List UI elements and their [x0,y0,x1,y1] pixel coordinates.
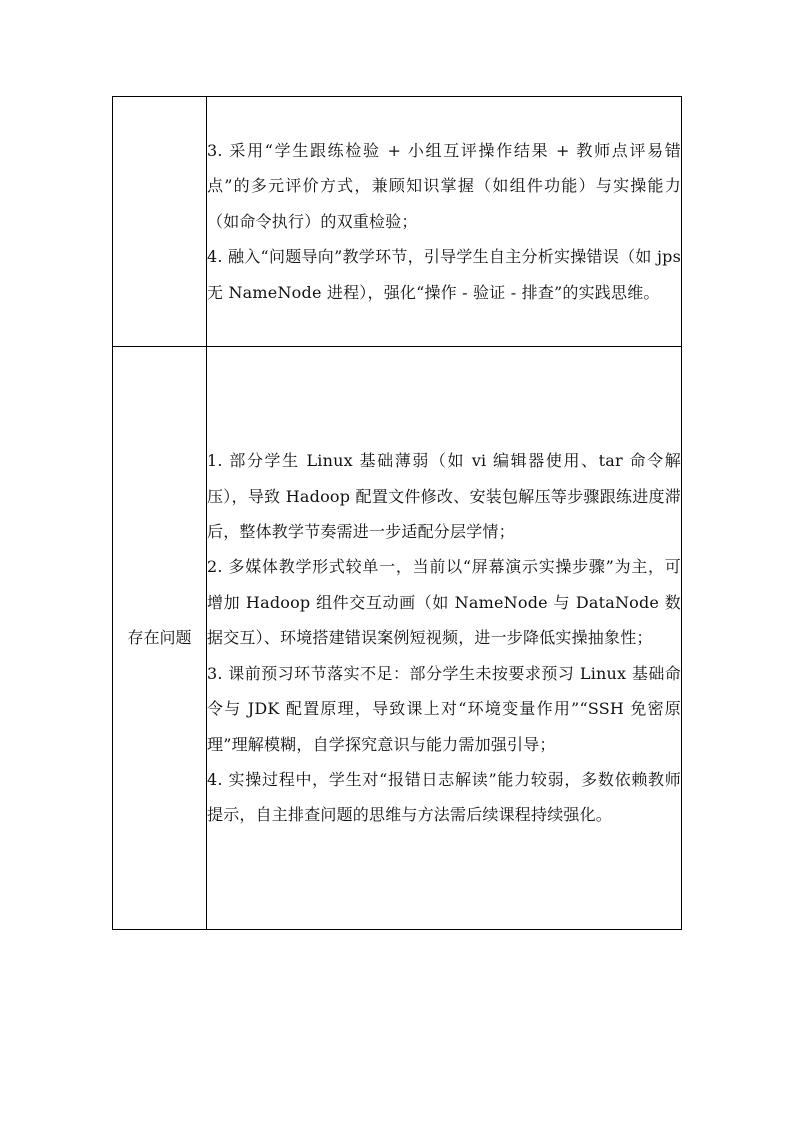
table-row-measures: 3. 采用“学生跟练检验 + 小组互评操作结果 + 教师点评易错点”的多元评价方… [113,97,682,347]
table-row-problems: 存在问题 1. 部分学生 Linux 基础薄弱（如 vi 编辑器使用、tar 命… [113,347,682,930]
list-item: 2. 多媒体教学形式较单一，当前以“屏幕演示实操步骤”为主，可增加 Hadoop… [207,549,681,655]
teaching-reflection-table: 3. 采用“学生跟练检验 + 小组互评操作结果 + 教师点评易错点”的多元评价方… [112,96,682,930]
row-label-cell: 存在问题 [113,347,207,930]
list-item: 4. 实操过程中，学生对“报错日志解读”能力较弱，多数依赖教师提示，自主排查问题… [207,762,681,833]
list-item: 3. 采用“学生跟练检验 + 小组互评操作结果 + 教师点评易错点”的多元评价方… [207,133,681,239]
document-page: 3. 采用“学生跟练检验 + 小组互评操作结果 + 教师点评易错点”的多元评价方… [0,0,794,1123]
list-item: 3. 课前预习环节落实不足：部分学生未按要求预习 Linux 基础命令与 JDK… [207,656,681,762]
list-item: 1. 部分学生 Linux 基础薄弱（如 vi 编辑器使用、tar 命令解压），… [207,443,681,549]
row-content-cell: 1. 部分学生 Linux 基础薄弱（如 vi 编辑器使用、tar 命令解压），… [207,347,682,930]
list-item: 4. 融入“问题导向”教学环节，引导学生自主分析实操错误（如 jps 无 Nam… [207,239,681,310]
row-content-cell: 3. 采用“学生跟练检验 + 小组互评操作结果 + 教师点评易错点”的多元评价方… [207,97,682,347]
row-label-cell [113,97,207,347]
